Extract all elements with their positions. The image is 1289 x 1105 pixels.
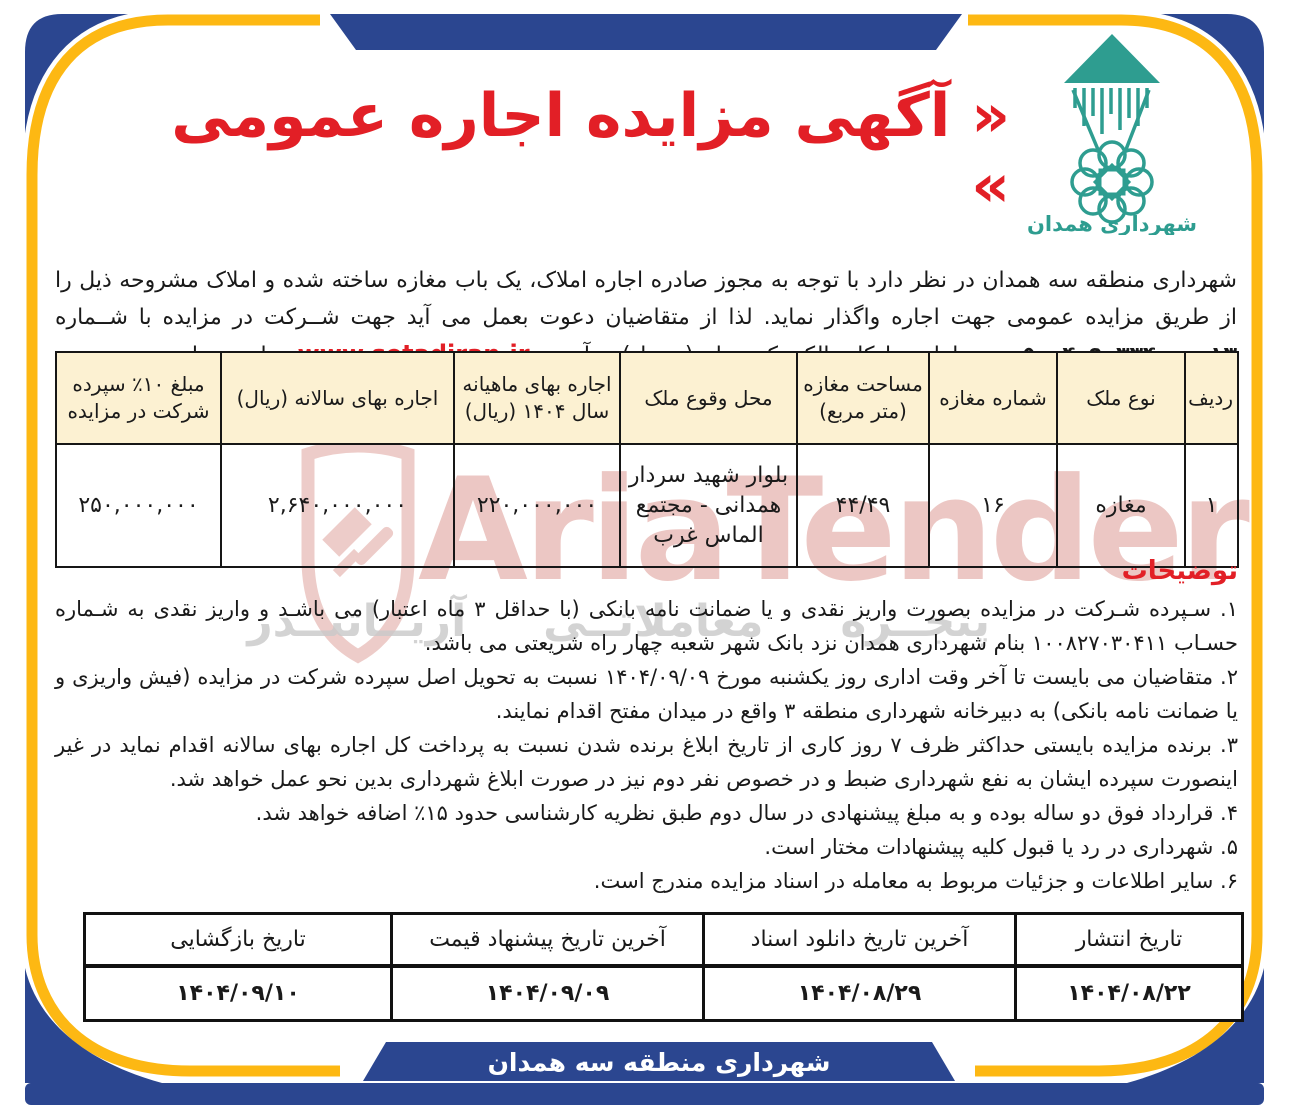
notes-section: توضیحات ۱. سـپرده شـرکت در مزایده بصورت … [55, 556, 1238, 898]
footer-municipality-name: شهرداری منطقه سه همدان [386, 1044, 932, 1080]
col-header-publish-date: تاریخ انتشار [1016, 914, 1243, 967]
note-item-5: ۵. شهرداری در رد یا قبول کلیه پیشنهادات … [55, 830, 1238, 864]
auction-table-header-row: ردیف نوع ملک شماره مغازه مساحت مغازه (مت… [56, 352, 1238, 444]
schedule-table: تاریخ انتشار آخرین تاریخ دانلود اسناد آخ… [83, 912, 1244, 1022]
notes-heading: توضیحات [55, 556, 1238, 586]
schedule-header-row: تاریخ انتشار آخرین تاریخ دانلود اسناد آخ… [85, 914, 1243, 967]
col-header-location: محل وقوع ملک [620, 352, 797, 444]
auction-table: ردیف نوع ملک شماره مغازه مساحت مغازه (مت… [55, 351, 1239, 568]
page-title: « آگهی مزایده اجاره عمومی » [170, 72, 1010, 230]
auction-table-data-row: ۱ مغازه ۱۶ ۴۴/۴۹ بلوار شهید سردار همدانی… [56, 444, 1238, 567]
hamadan-municipality-logo-icon: شهرداری همدان [1005, 28, 1220, 235]
notice-content: شهرداری همدان « آگهی مزایده اجاره عمومی … [0, 0, 1289, 1105]
note-item-3: ۳. برنده مزایده بایستی حداکثر ظرف ۷ روز … [55, 728, 1238, 796]
col-header-monthly-rent: اجاره بهای ماهیانه سال ۱۴۰۴ (ریال) [454, 352, 620, 444]
col-header-annual-rent: اجاره بهای سالانه (ریال) [221, 352, 454, 444]
cell-row-number: ۱ [1185, 444, 1238, 567]
cell-opening-date: ۱۴۰۴/۰۹/۱۰ [85, 966, 392, 1021]
note-item-1: ۱. سـپرده شـرکت در مزایده بصورت واریز نق… [55, 592, 1238, 660]
note-item-4: ۴. قرارداد فوق دو ساله بوده و به مبلغ پی… [55, 796, 1238, 830]
cell-location: بلوار شهید سردار همدانی - مجتمع الماس غر… [620, 444, 797, 567]
col-header-shop-number: شماره مغازه [929, 352, 1057, 444]
cell-annual-rent: ۲,۶۴۰,۰۰۰,۰۰۰ [221, 444, 454, 567]
note-item-2: ۲. متقاضیان می بایست تا آخر وقت اداری رو… [55, 660, 1238, 728]
intro-part1: شهرداری منطقه سه همدان در نظر دارد با تو… [55, 268, 1237, 330]
col-header-download-deadline: آخرین تاریخ دانلود اسناد [704, 914, 1016, 967]
cell-bid-deadline: ۱۴۰۴/۰۹/۰۹ [392, 966, 704, 1021]
cell-property-type: مغازه [1057, 444, 1185, 567]
cell-monthly-rent: ۲۲۰,۰۰۰,۰۰۰ [454, 444, 620, 567]
cell-download-deadline: ۱۴۰۴/۰۸/۲۹ [704, 966, 1016, 1021]
col-header-row-number: ردیف [1185, 352, 1238, 444]
schedule-values-row: ۱۴۰۴/۰۸/۲۲ ۱۴۰۴/۰۸/۲۹ ۱۴۰۴/۰۹/۰۹ ۱۴۰۴/۰۹… [85, 966, 1243, 1021]
cell-shop-area: ۴۴/۴۹ [797, 444, 929, 567]
col-header-property-type: نوع ملک [1057, 352, 1185, 444]
col-header-bid-deadline: آخرین تاریخ پیشنهاد قیمت [392, 914, 704, 967]
col-header-shop-area: مساحت مغازه (متر مربع) [797, 352, 929, 444]
col-header-deposit: مبلغ ۱۰٪ سپرده شرکت در مزایده [56, 352, 221, 444]
note-item-6: ۶. سایر اطلاعات و جزئیات مربوط به معامله… [55, 864, 1238, 898]
cell-deposit: ۲۵۰,۰۰۰,۰۰۰ [56, 444, 221, 567]
logo-caption: شهرداری همدان [1027, 212, 1197, 235]
col-header-opening-date: تاریخ بازگشایی [85, 914, 392, 967]
cell-publish-date: ۱۴۰۴/۰۸/۲۲ [1016, 966, 1243, 1021]
cell-shop-number: ۱۶ [929, 444, 1057, 567]
auction-notice-page: AriaTender پنجــره معاملاتــی آریــاتنــ… [0, 0, 1289, 1105]
